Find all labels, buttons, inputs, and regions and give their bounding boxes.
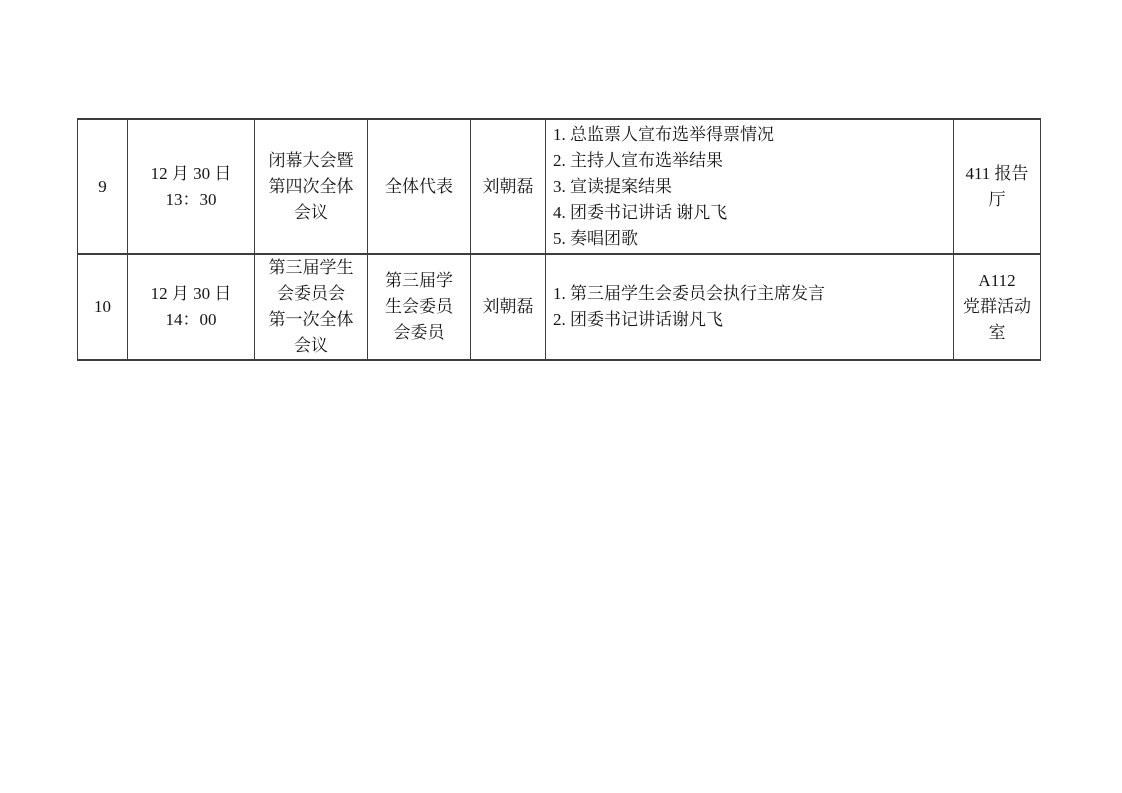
location-cell: 411 报告 厅 (954, 119, 1041, 254)
attendees-cell: 第三届学 生会委员 会委员 (368, 254, 471, 360)
host-cell: 刘朝磊 (471, 119, 546, 254)
datetime-cell: 12 月 30 日 13：30 (128, 119, 255, 254)
attendees-cell: 全体代表 (368, 119, 471, 254)
row-number-cell: 10 (78, 254, 128, 360)
table-row: 10 12 月 30 日 14：00 第三届学生 会委员会 第一次全体 会议 第… (78, 254, 1041, 360)
meeting-name-cell: 闭幕大会暨 第四次全体 会议 (255, 119, 368, 254)
row-number-cell: 9 (78, 119, 128, 254)
document-page: 9 12 月 30 日 13：30 闭幕大会暨 第四次全体 会议 全体代表 刘朝… (0, 0, 1122, 793)
agenda-cell: 1. 总监票人宣布选举得票情况 2. 主持人宣布选举结果 3. 宣读提案结果 4… (546, 119, 954, 254)
datetime-cell: 12 月 30 日 14：00 (128, 254, 255, 360)
host-cell: 刘朝磊 (471, 254, 546, 360)
meeting-name-cell: 第三届学生 会委员会 第一次全体 会议 (255, 254, 368, 360)
schedule-table: 9 12 月 30 日 13：30 闭幕大会暨 第四次全体 会议 全体代表 刘朝… (77, 118, 1041, 361)
location-cell: A112 党群活动 室 (954, 254, 1041, 360)
agenda-cell: 1. 第三届学生会委员会执行主席发言 2. 团委书记讲话谢凡飞 (546, 254, 954, 360)
table-row: 9 12 月 30 日 13：30 闭幕大会暨 第四次全体 会议 全体代表 刘朝… (78, 119, 1041, 254)
